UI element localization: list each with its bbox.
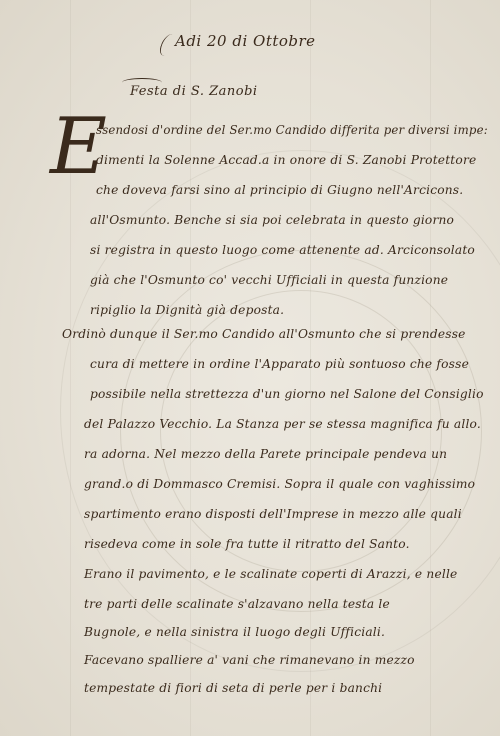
text-line: ssendosi d'ordine del Ser.mo Candido dif… [96,124,488,136]
text-line: Erano il pavimento, e le scalinate coper… [84,568,457,580]
watermark [60,150,500,672]
text-line: che doveva farsi sino al principio di Gi… [96,184,463,196]
heading-feast: Festa di S. Zanobi [130,84,258,99]
text-line: Facevano spalliere a' vani che rimanevan… [84,654,415,666]
text-line: grand.o di Dommasco Cremisi. Sopra il qu… [84,478,475,490]
text-line: spartimento erano disposti dell'Imprese … [84,508,462,520]
text-line: risedeva come in sole fra tutte il ritra… [84,538,410,550]
text-line: ra adorna. Nel mezzo della Parete princi… [84,448,447,460]
text-line: ripiglio la Dignità già deposta. [90,304,284,316]
manuscript-page: Adi 20 di Ottobre Festa di S. Zanobi E s… [0,0,500,736]
heading-date: Adi 20 di Ottobre [175,32,316,50]
text-line: possibile nella strettezza d'un giorno n… [90,388,484,400]
text-line: Ordinò dunque il Ser.mo Candido all'Osmu… [62,328,466,340]
text-line: del Palazzo Vecchio. La Stanza per se st… [84,418,481,430]
decorated-initial: E [50,108,107,186]
text-line: Bugnole, e nella sinistra il luogo degli… [84,626,385,638]
text-line: si registra in questo luogo come attenen… [90,244,475,256]
text-line: cura di mettere in ordine l'Apparato più… [90,358,469,370]
text-line: dimenti la Solenne Accad.a in onore di S… [96,154,476,166]
text-line: tre parti delle scalinate s'alzavano nel… [84,598,390,610]
text-line: tempestate di fiori di seta di perle per… [84,682,382,694]
text-line: all'Osmunto. Benche si sia poi celebrata… [90,214,454,226]
text-line: già che l'Osmunto co' vecchi Ufficiali i… [90,274,448,286]
